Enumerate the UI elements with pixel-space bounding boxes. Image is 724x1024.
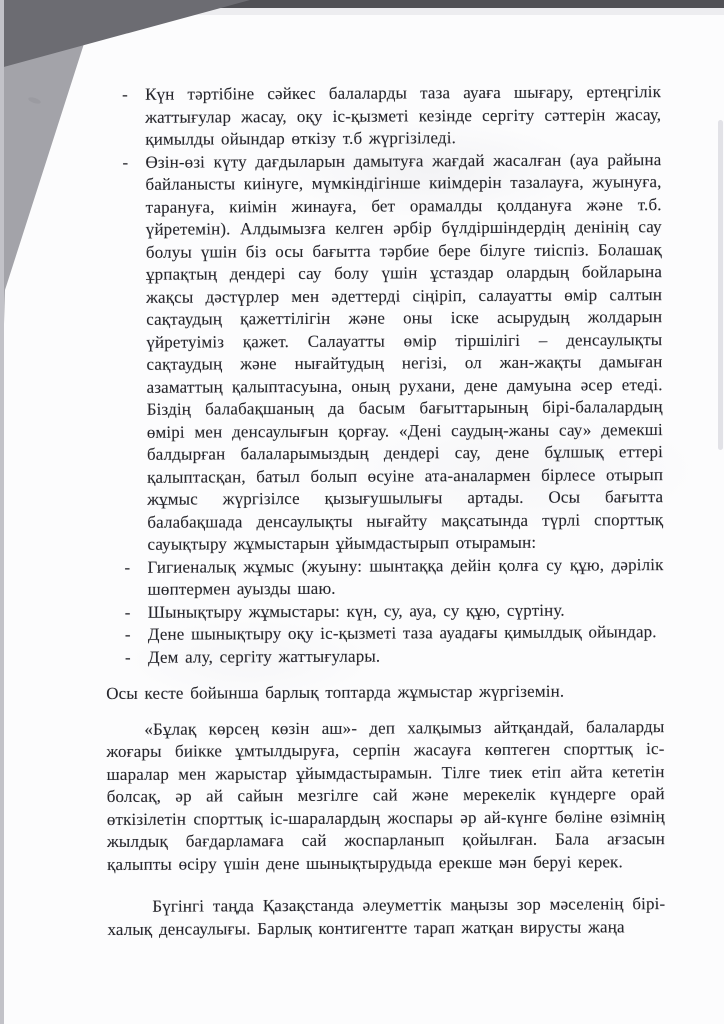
scan-artifact-corner-wedge-dark (0, 0, 250, 68)
list-item-text: Шынықтыру жұмыстары: күн, су, ауа, су құ… (148, 599, 664, 624)
bulak-proverb-paragraph: «Бұлақ көрсең көзін аш»- деп халқымыз ай… (106, 716, 665, 876)
list-item: - Шынықтыру жұмыстары: күн, су, ауа, су … (106, 599, 664, 624)
bullet-dash: - (125, 646, 131, 669)
schedule-paragraph: Осы кесте бойынша барлық топтарда жұмыст… (106, 680, 664, 705)
scan-artifact-left-edge (0, 0, 4, 1024)
list-item: - Күн тәртібіне сәйкес балаларды таза ау… (103, 81, 661, 151)
list-item-text: Дем алу, сергіту жаттығулары. (148, 644, 664, 669)
scan-artifact-corner-wedge-light (0, 0, 110, 470)
list-item: - Дене шынықтыру оқу іс-қызметі таза ауа… (106, 621, 664, 646)
list-item-text: Күн тәртібіне сәйкес балаларды таза ауағ… (145, 81, 661, 151)
scanned-page: - Күн тәртібіне сәйкес балаларды таза ау… (0, 0, 724, 1024)
list-item: - Өзін-өзі күту дағдыларын дамытуға жағд… (103, 149, 663, 557)
list-item-text: Өзін-өзі күту дағдыларын дамытуға жағдай… (145, 149, 663, 557)
list-item-text: Дене шынықтыру оқу іс-қызметі таза ауада… (148, 621, 664, 646)
bullet-dash: - (122, 84, 128, 107)
list-item: - Дем алу, сергіту жаттығулары. (106, 644, 664, 669)
bullet-dash: - (125, 624, 131, 647)
bullet-dash: - (125, 601, 131, 624)
health-work-list: - Гигиеналық жұмыс (жуыну: шынтаққа дейі… (105, 554, 664, 669)
bullet-dash: - (124, 556, 130, 579)
page-content: - Күн тәртібіне сәйкес балаларды таза ау… (103, 81, 665, 941)
bullet-dash: - (122, 151, 128, 174)
list-item-text: Гигиеналық жұмыс (жуыну: шынтаққа дейін … (147, 554, 663, 602)
scan-artifact-right-streak (718, 120, 723, 450)
list-item: - Гигиеналық жұмыс (жуыну: шынтаққа дейі… (105, 554, 663, 602)
daily-routine-list: - Күн тәртібіне сәйкес балаларды таза ау… (103, 81, 663, 556)
today-health-paragraph: Бүгінгі таңда Қазақстанда әлеуметтік маң… (107, 893, 665, 941)
